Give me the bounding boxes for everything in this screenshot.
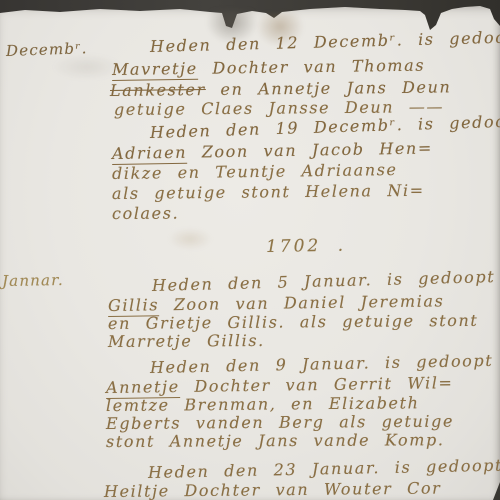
manuscript-line: als getuige stont Helena Ni=	[112, 181, 425, 203]
manuscript-line: Heiltje Dochter van Wouter Cor	[104, 478, 442, 500]
struck-surname: Lankester	[110, 80, 206, 100]
line-text: Dochter van Thomas	[198, 56, 426, 78]
line-text: en Grietje Gillis. als getuige stont	[108, 311, 479, 333]
manuscript-line: en Grietje Gillis. als getuige stont	[108, 311, 479, 333]
underlined-child-name: Adriaen	[112, 143, 187, 165]
line-text: Marretje Gillis.	[108, 331, 265, 351]
line-text: Heden den 23 Januar. is gedoopt	[148, 456, 500, 482]
line-text: dikze en Teuntje Adriaanse	[112, 160, 398, 183]
manuscript-line: colaes.	[112, 204, 179, 223]
line-text: Jannar.	[2, 271, 64, 290]
manuscript-line: Heden den 12 Decembʳ. is gedoopt	[150, 27, 500, 56]
line-text: Heden den 12 Decembʳ. is gedoopt	[150, 27, 500, 56]
manuscript-line: dikze en Teuntje Adriaanse	[112, 160, 398, 183]
manuscript-line: stont Annetje Jans vande Komp.	[106, 430, 445, 451]
line-text: Zoon van Jacob Hen=	[187, 138, 433, 161]
manuscript-line: Marretje Gillis.	[108, 331, 265, 351]
manuscript-line: Heden den 23 Januar. is gedoopt	[148, 456, 500, 482]
line-text: colaes.	[112, 204, 179, 223]
underlined-child-name: Mavretje	[112, 59, 198, 81]
margin-month-label: Decembʳ.	[6, 39, 88, 60]
scanned-document-view: Decembʳ.Heden den 12 Decembʳ. is gedoopt…	[0, 0, 500, 500]
line-text: en Annetje Jans Deun	[206, 77, 452, 99]
line-text: als getuige stont Helena Ni=	[112, 181, 425, 203]
line-text: Decembʳ.	[6, 39, 88, 60]
line-text: 1702 .	[266, 236, 346, 257]
line-text: stont Annetje Jans vande Komp.	[106, 430, 445, 451]
manuscript-page: Decembʳ.Heden den 12 Decembʳ. is gedoopt…	[0, 0, 500, 500]
manuscript-line: Mavretje Dochter van Thomas	[112, 56, 425, 79]
year-heading: 1702 .	[266, 236, 346, 257]
margin-month-label: Jannar.	[2, 271, 64, 290]
line-text: Heiltje Dochter van Wouter Cor	[104, 478, 442, 500]
